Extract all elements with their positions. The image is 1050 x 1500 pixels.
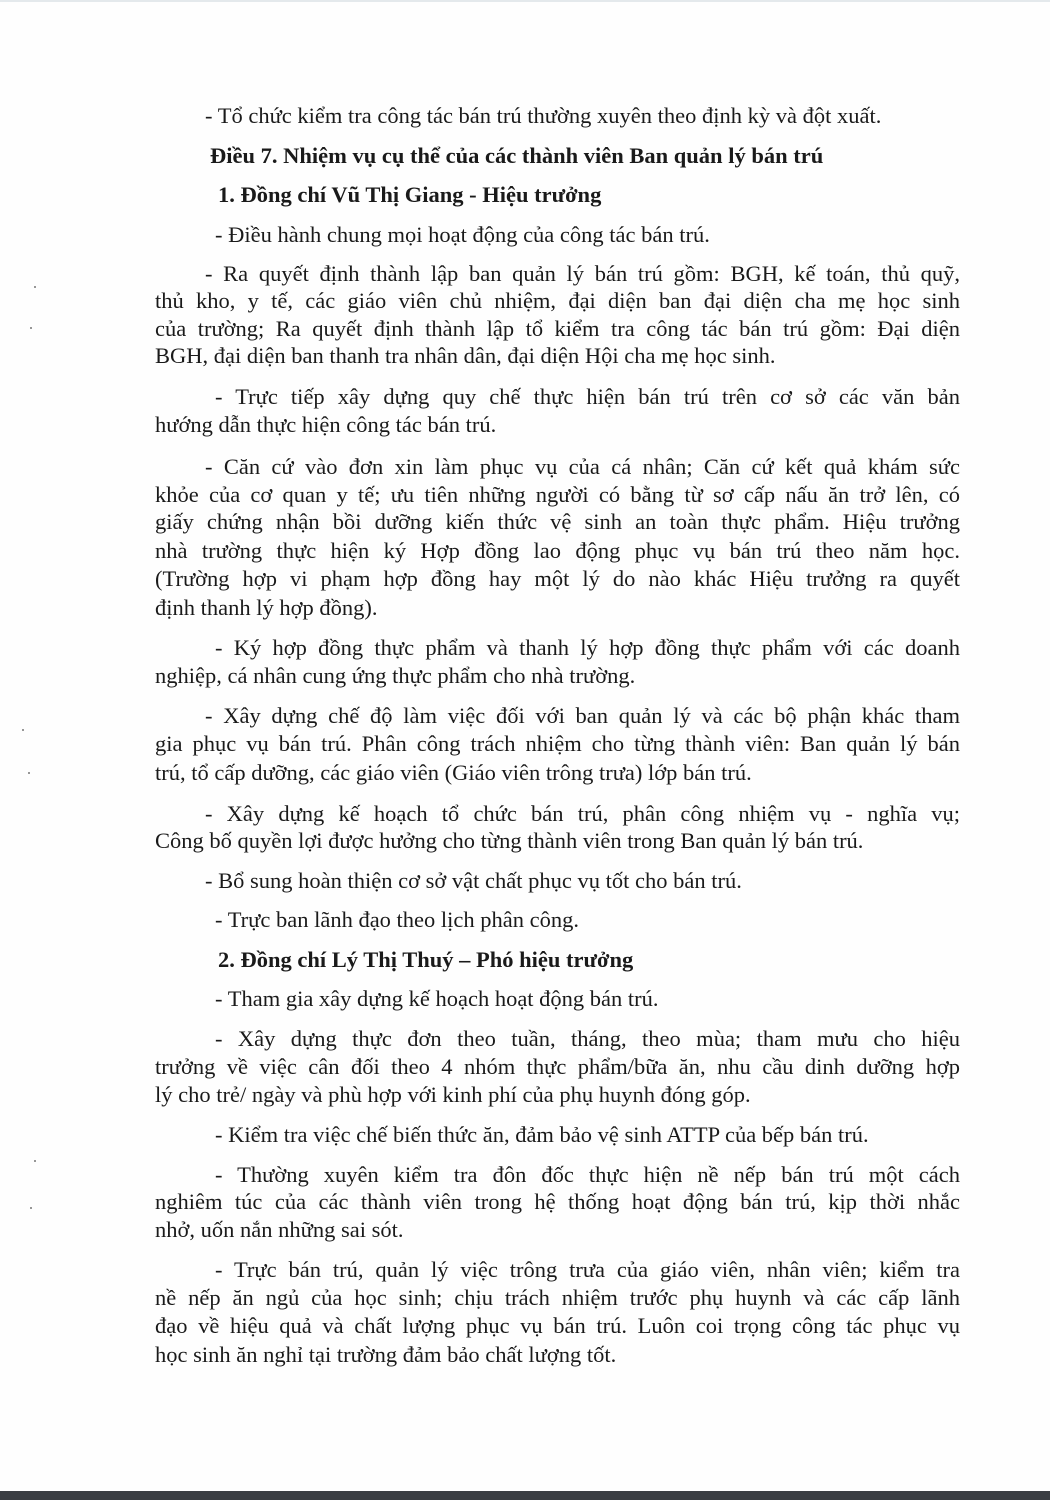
text-line: định thanh lý hợp đồng). <box>155 594 960 622</box>
text-line: nhở, uốn nắn những sai sót. <box>155 1216 960 1244</box>
section-heading: Điều 7. Nhiệm vụ cụ thể của các thành vi… <box>210 142 960 170</box>
text-line: - Tham gia xây dựng kế hoạch hoạt động b… <box>215 985 960 1013</box>
scan-speck <box>34 1160 36 1162</box>
text-line: - Tổ chức kiểm tra công tác bán trú thườ… <box>205 102 960 130</box>
scan-speck <box>22 729 24 731</box>
text-line: nghiệp, cá nhân cung ứng thực phẩm cho n… <box>155 662 960 690</box>
scan-speck <box>34 286 36 288</box>
text-line: khỏe của cơ quan y tế; ưu tiên những ngư… <box>155 481 960 509</box>
scanned-page: - Tổ chức kiểm tra công tác bán trú thườ… <box>0 0 1050 1500</box>
text-line: Công bố quyền lợi được hưởng cho từng th… <box>155 827 960 855</box>
text-line: - Ra quyết định thành lập ban quản lý bá… <box>205 260 960 288</box>
text-line: lý cho trẻ/ ngày và phù hợp với kinh phí… <box>155 1081 960 1109</box>
text-line: BGH, đại diện ban thanh tra nhân dân, đạ… <box>155 342 960 370</box>
scan-speck <box>30 1207 32 1209</box>
text-line: - Xây dựng chế độ làm việc đối với ban q… <box>205 702 960 730</box>
text-line: đạo về hiệu quả và chất lượng phục vụ bá… <box>155 1312 960 1340</box>
text-line: - Bổ sung hoàn thiện cơ sở vật chất phục… <box>205 867 960 895</box>
text-line: nghiêm túc của các thành viên trong hệ t… <box>155 1188 960 1216</box>
text-line: - Trực tiếp xây dựng quy chế thực hiện b… <box>215 383 960 411</box>
text-line: giấy chứng nhận bồi dưỡng kiến thức vệ s… <box>155 508 960 536</box>
text-line: của trường; Ra quyết định thành lập tổ k… <box>155 315 960 343</box>
text-line: - Xây dựng thực đơn theo tuần, tháng, th… <box>215 1025 960 1053</box>
text-line: nhà trường thực hiện ký Hợp đồng lao độn… <box>155 537 960 565</box>
text-line: (Trường hợp vi phạm hợp đồng hay một lý … <box>155 565 960 593</box>
text-line: - Thường xuyên kiểm tra đôn đốc thực hiệ… <box>215 1161 960 1189</box>
text-line: nề nếp ăn ngủ của học sinh; chịu trách n… <box>155 1284 960 1312</box>
text-line: - Căn cứ vào đơn xin làm phục vụ của cá … <box>205 453 960 481</box>
text-line: - Điều hành chung mọi hoạt động của công… <box>215 221 960 249</box>
text-line: thủ kho, y tế, các giáo viên chủ nhiệm, … <box>155 287 960 315</box>
scan-top-edge <box>0 0 1050 2</box>
text-line: trú, tổ cấp dưỡng, các giáo viên (Giáo v… <box>155 759 960 787</box>
text-line: học sinh ăn nghỉ tại trường đảm bảo chất… <box>155 1341 960 1369</box>
text-line: - Xây dựng kế hoạch tổ chức bán trú, phâ… <box>205 800 960 828</box>
text-line: - Trực ban lãnh đạo theo lịch phân công. <box>215 906 960 934</box>
text-line: trưởng về việc cân đối theo 4 nhóm thực … <box>155 1053 960 1081</box>
section-heading: 2. Đồng chí Lý Thị Thuý – Phó hiệu trưởn… <box>218 946 960 974</box>
text-line: - Ký hợp đồng thực phẩm và thanh lý hợp … <box>215 634 960 662</box>
scan-speck <box>30 327 32 329</box>
scan-bottom-edge <box>0 1491 1050 1500</box>
text-line: - Kiểm tra việc chế biến thức ăn, đảm bả… <box>215 1121 960 1149</box>
text-line: gia phục vụ bán trú. Phân công trách nhi… <box>155 730 960 758</box>
section-heading: 1. Đồng chí Vũ Thị Giang - Hiệu trưởng <box>218 181 960 209</box>
scan-speck <box>28 772 30 774</box>
text-line: hướng dẫn thực hiện công tác bán trú. <box>155 411 960 439</box>
text-line: - Trực bán trú, quản lý việc trông trưa … <box>215 1256 960 1284</box>
